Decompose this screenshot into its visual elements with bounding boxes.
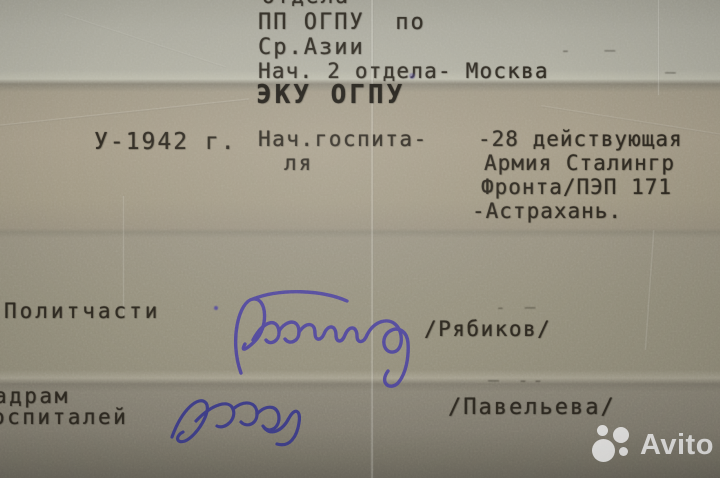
photo-vignette [0,0,720,478]
